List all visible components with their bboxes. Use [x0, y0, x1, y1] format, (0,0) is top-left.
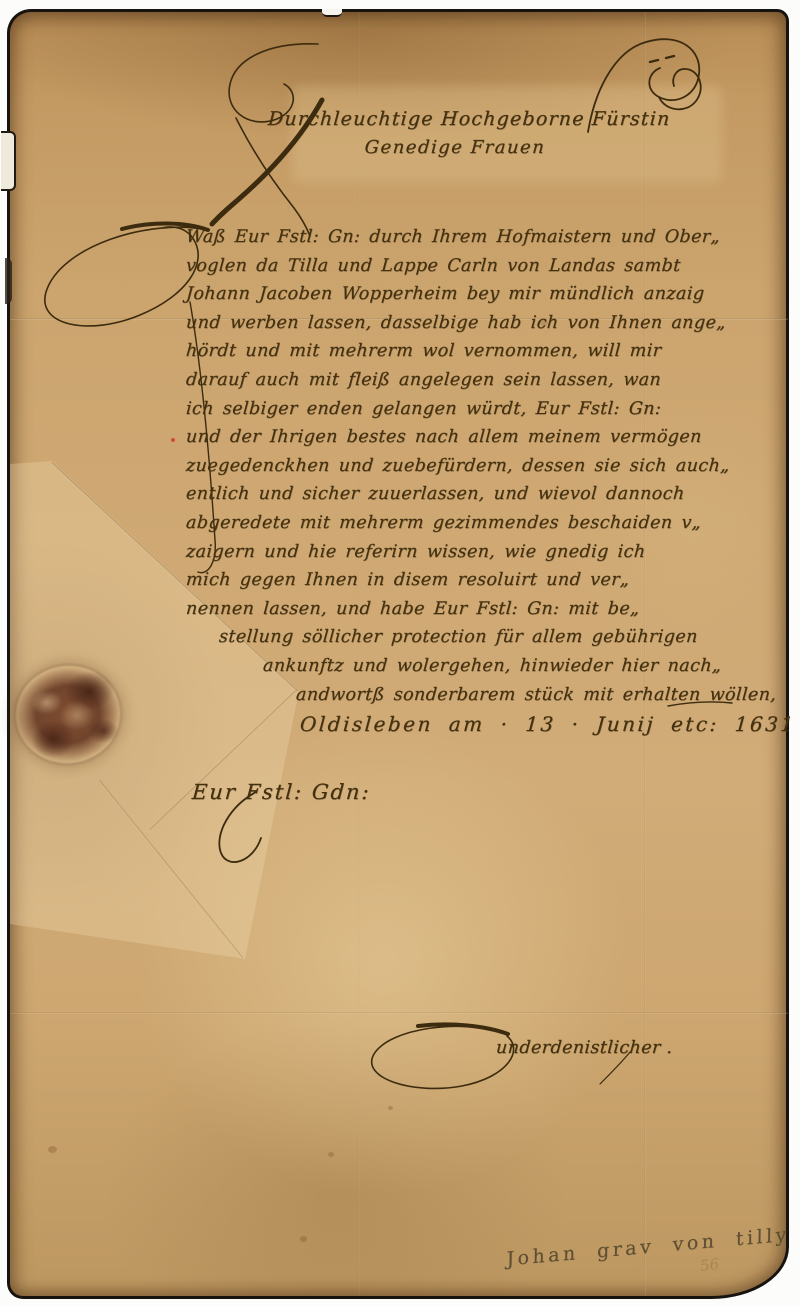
salutation-line-1: Durchleuchtige Hochgeborne Fürstin — [267, 108, 643, 130]
body-line: und der Ihrigen bestes nach allem meinem… — [185, 423, 665, 452]
stain-dot — [328, 1152, 334, 1157]
paper-top-notch — [322, 9, 342, 17]
body-line: zaigern und hie referirn wissen, wie gne… — [185, 538, 665, 567]
salutation-line-2: Genedige Frauen — [267, 137, 642, 158]
salutation-block: Durchleuchtige Hochgeborne Fürstin Gened… — [268, 108, 642, 158]
body-line: zuegedenckhen und zuebefürdern, dessen s… — [185, 452, 665, 481]
fold-crease-horizontal-lower — [10, 1012, 788, 1014]
letter-body: Waß Eur Fstl: Gn: durch Ihrem Hofmaister… — [186, 223, 664, 709]
body-line: abgeredete mit mehrerm gezimmendes besch… — [185, 509, 665, 538]
archive-mark: 56 — [699, 1255, 720, 1275]
body-line: voglen da Tilla und Lappe Carln von Land… — [185, 252, 665, 281]
stain-dot — [388, 1106, 393, 1110]
paper-chip-tab — [1, 131, 16, 191]
body-line: Johann Jacoben Wopperheim bey mir mündli… — [185, 280, 665, 309]
body-line: ankunftz und wolergehen, hinwieder hier … — [262, 652, 665, 681]
stain-dot — [48, 1146, 57, 1153]
body-line: nennen lassen, und habe Eur Fstl: Gn: mi… — [185, 595, 665, 624]
body-line: und werben lassen, dasselbige hab ich vo… — [185, 309, 665, 338]
body-line: darauf auch mit fleiß angelegen sein las… — [185, 366, 665, 395]
closing-salute: Eur Fstl: Gdn: — [191, 780, 371, 804]
stain-dot — [300, 1236, 307, 1242]
body-line: andwortß sonderbarem stück mit erhalten … — [295, 681, 665, 710]
signature: underdenistlicher . — [495, 1038, 673, 1058]
paper-edge-nick — [5, 258, 12, 304]
scan-stage: Durchleuchtige Hochgeborne Fürstin Gened… — [0, 0, 800, 1306]
red-ink-dot — [171, 438, 175, 442]
body-line: stellung söllicher protection für allem … — [218, 623, 665, 652]
body-line: entlich und sicher zuuerlassen, und wiev… — [185, 480, 665, 509]
body-line: ich selbiger enden gelangen würdt, Eur F… — [185, 395, 665, 424]
body-line: mich gegen Ihnen in disem resoluirt und … — [185, 566, 665, 595]
dateline: Oldisleben am · 13 · Junij etc: 1631 ./. — [299, 712, 800, 736]
body-line: Waß Eur Fstl: Gn: durch Ihrem Hofmaister… — [185, 223, 665, 252]
body-line: hördt und mit mehrerm wol vernommen, wil… — [185, 337, 665, 366]
